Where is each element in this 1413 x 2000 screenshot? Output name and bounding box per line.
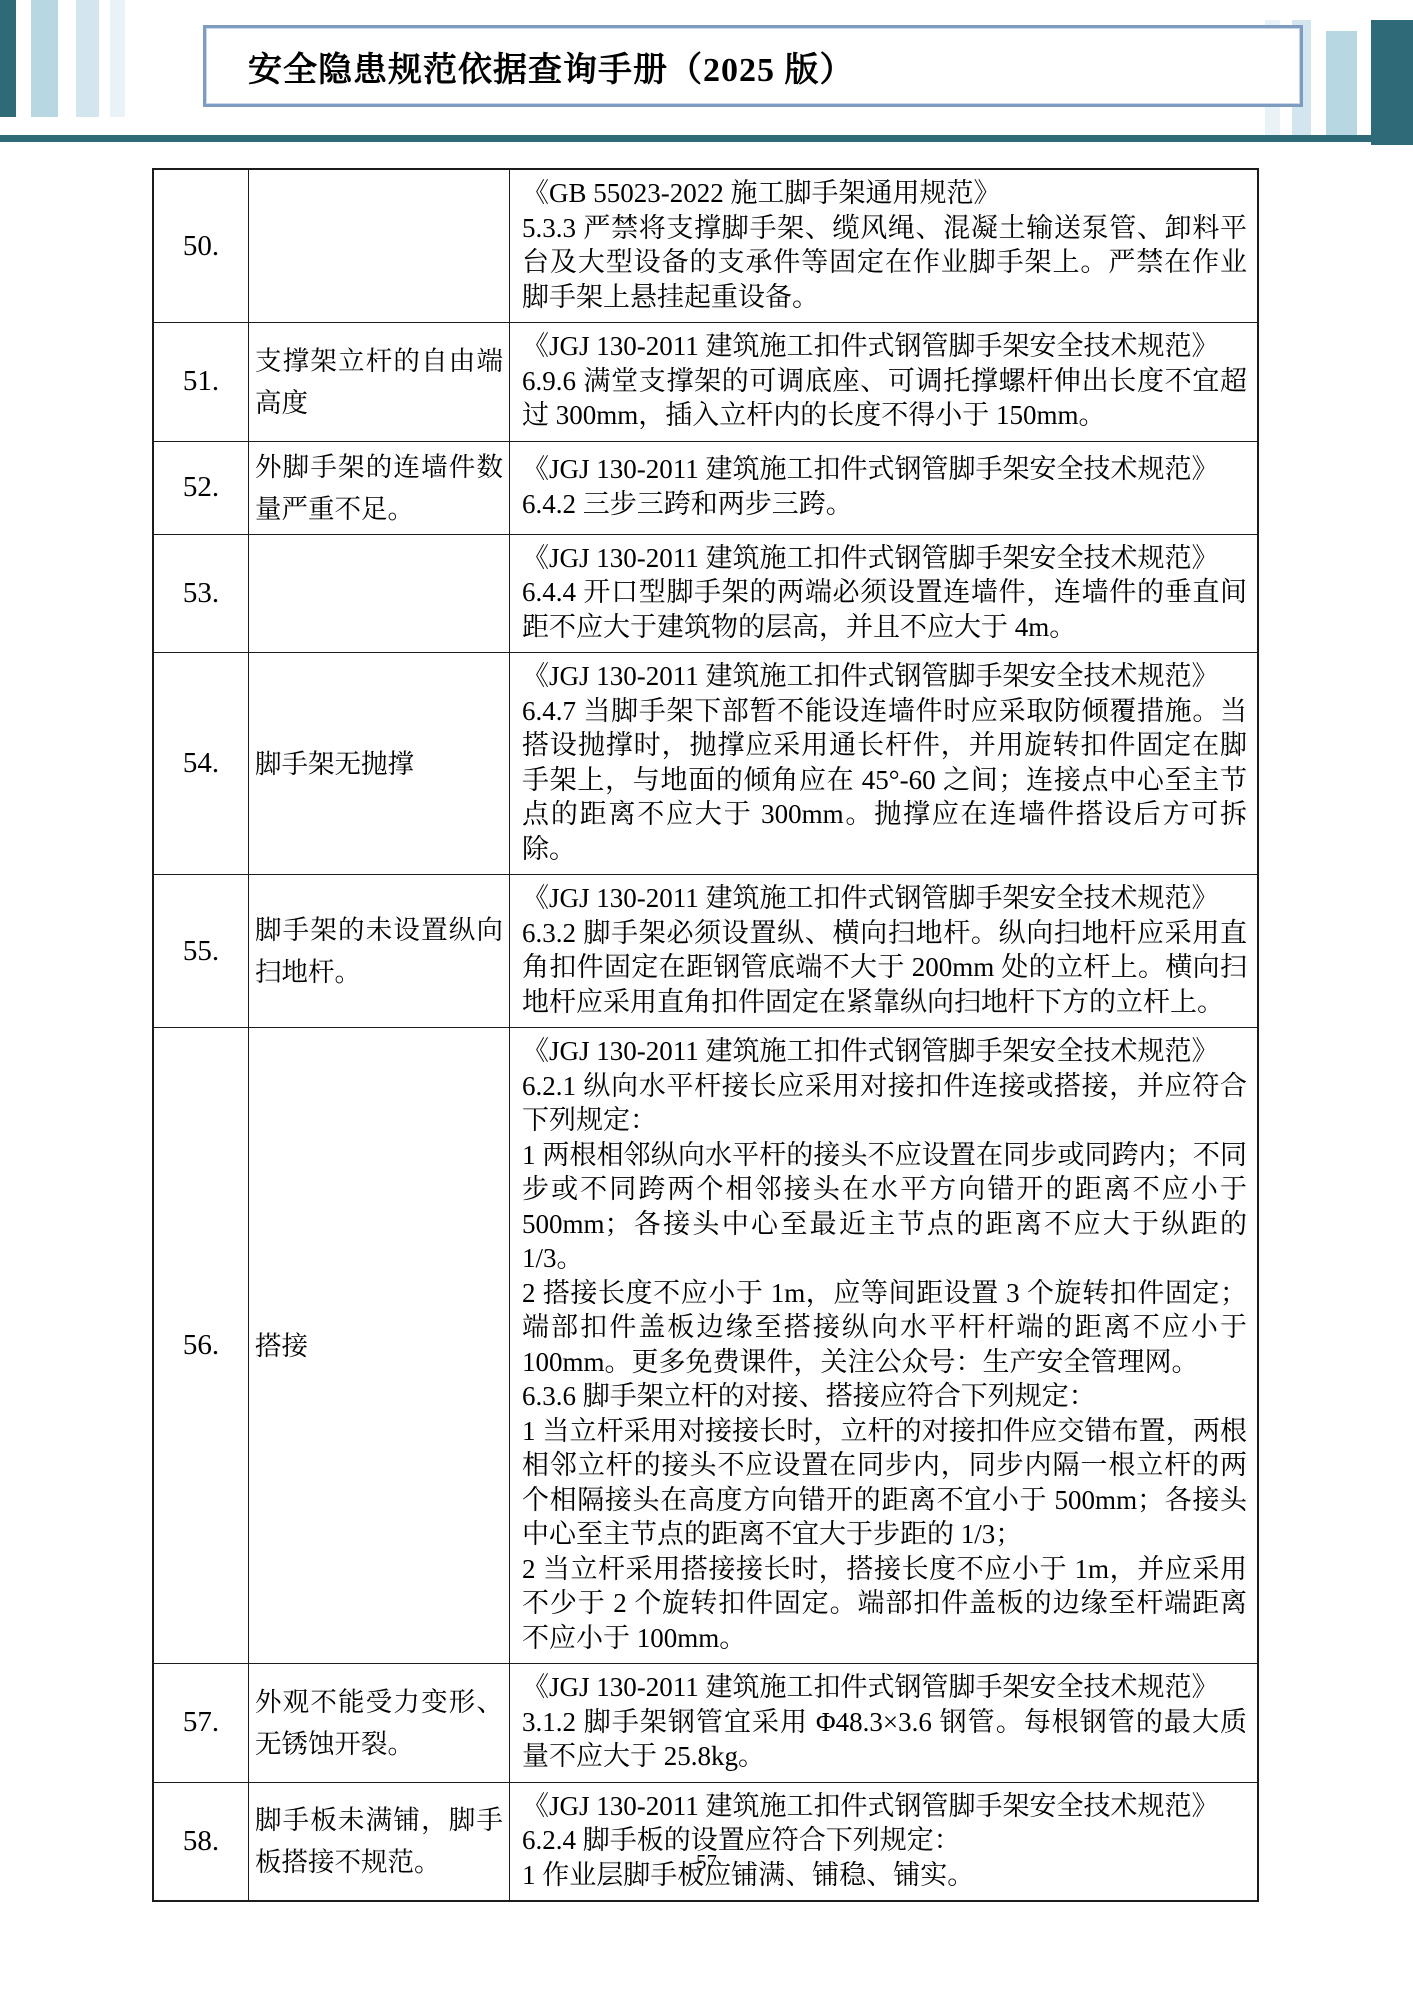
issue-cell: 脚手板未满铺，脚手板搭接不规范。 (249, 1782, 510, 1901)
issue-cell: 脚手架的未设置纵向扫地杆。 (249, 875, 510, 1028)
row-number-cell: 54. (153, 653, 249, 875)
title-box: 安全隐患规范依据查询手册（2025 版） (203, 25, 1303, 107)
header-left-stripe-2 (76, 0, 99, 117)
row-number-cell: 52. (153, 441, 249, 534)
table-row: 58. 脚手板未满铺，脚手板搭接不规范。 《JGJ 130-2011 建筑施工扣… (153, 1782, 1258, 1901)
issue-cell: 搭接 (249, 1028, 510, 1664)
page-number: 57 (0, 1850, 1413, 1875)
header-right-dark-block (1371, 20, 1413, 145)
hazard-regulation-table-wrap: 50. 《GB 55023-2022 施工脚手架通用规范》 5.3.3 严禁将支… (152, 168, 1259, 1902)
regulation-cell: 《JGJ 130-2011 建筑施工扣件式钢管脚手架安全技术规范》 6.4.7 … (510, 653, 1259, 875)
table-row: 51. 支撑架立杆的自由端高度 《JGJ 130-2011 建筑施工扣件式钢管脚… (153, 323, 1258, 442)
table-row: 50. 《GB 55023-2022 施工脚手架通用规范》 5.3.3 严禁将支… (153, 169, 1258, 323)
regulation-cell: 《JGJ 130-2011 建筑施工扣件式钢管脚手架安全技术规范》 6.2.4 … (510, 1782, 1259, 1901)
page-title: 安全隐患规范依据查询手册（2025 版） (248, 42, 855, 91)
row-number-cell: 57. (153, 1664, 249, 1783)
row-number-cell: 53. (153, 534, 249, 653)
header-right-stripe-3 (1326, 31, 1357, 135)
regulation-cell: 《JGJ 130-2011 建筑施工扣件式钢管脚手架安全技术规范》 6.4.4 … (510, 534, 1259, 653)
table-row: 56. 搭接 《JGJ 130-2011 建筑施工扣件式钢管脚手架安全技术规范》… (153, 1028, 1258, 1664)
regulation-cell: 《GB 55023-2022 施工脚手架通用规范》 5.3.3 严禁将支撑脚手架… (510, 169, 1259, 323)
header-divider-bar (0, 135, 1413, 142)
regulation-cell: 《JGJ 130-2011 建筑施工扣件式钢管脚手架安全技术规范》 6.4.2 … (510, 441, 1259, 534)
row-number-cell: 58. (153, 1782, 249, 1901)
document-page: 安全隐患规范依据查询手册（2025 版） 50. 《GB 55023-2022 … (0, 0, 1413, 2000)
hazard-regulation-table: 50. 《GB 55023-2022 施工脚手架通用规范》 5.3.3 严禁将支… (152, 168, 1259, 1902)
regulation-cell: 《JGJ 130-2011 建筑施工扣件式钢管脚手架安全技术规范》 6.2.1 … (510, 1028, 1259, 1664)
header-left-dark-block (0, 0, 16, 117)
row-number-cell: 51. (153, 323, 249, 442)
header-left-stripe-1 (31, 0, 58, 117)
table-row: 53. 《JGJ 130-2011 建筑施工扣件式钢管脚手架安全技术规范》 6.… (153, 534, 1258, 653)
regulation-cell: 《JGJ 130-2011 建筑施工扣件式钢管脚手架安全技术规范》 6.9.6 … (510, 323, 1259, 442)
issue-cell: 支撑架立杆的自由端高度 (249, 323, 510, 442)
table-row: 55. 脚手架的未设置纵向扫地杆。 《JGJ 130-2011 建筑施工扣件式钢… (153, 875, 1258, 1028)
regulation-cell: 《JGJ 130-2011 建筑施工扣件式钢管脚手架安全技术规范》 6.3.2 … (510, 875, 1259, 1028)
table-row: 57. 外观不能受力变形、无锈蚀开裂。 《JGJ 130-2011 建筑施工扣件… (153, 1664, 1258, 1783)
regulation-cell: 《JGJ 130-2011 建筑施工扣件式钢管脚手架安全技术规范》 3.1.2 … (510, 1664, 1259, 1783)
row-number-cell: 55. (153, 875, 249, 1028)
table-row: 52. 外脚手架的连墙件数量严重不足。 《JGJ 130-2011 建筑施工扣件… (153, 441, 1258, 534)
row-number-cell: 56. (153, 1028, 249, 1664)
issue-cell: 外脚手架的连墙件数量严重不足。 (249, 441, 510, 534)
issue-cell (249, 169, 510, 323)
issue-cell: 脚手架无抛撑 (249, 653, 510, 875)
issue-cell (249, 534, 510, 653)
issue-cell: 外观不能受力变形、无锈蚀开裂。 (249, 1664, 510, 1783)
table-row: 54. 脚手架无抛撑 《JGJ 130-2011 建筑施工扣件式钢管脚手架安全技… (153, 653, 1258, 875)
header-left-stripe-3 (110, 0, 125, 117)
row-number-cell: 50. (153, 169, 249, 323)
